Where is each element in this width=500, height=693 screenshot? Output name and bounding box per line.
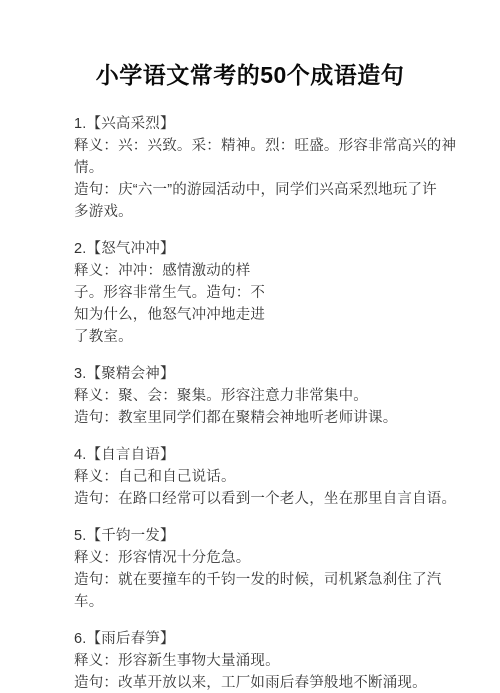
idiom-text-line: 知为什么，他怒气冲冲地走进: [74, 304, 460, 326]
idiom-text-line: 释义：兴：兴致。采：精神。烈：旺盛。形容非常高兴的神: [74, 135, 460, 157]
idiom-text-line: 释义：聚、会：聚集。形容注意力非常集中。: [74, 385, 460, 407]
idiom-text-line: 释义：形容新生事物大量涌现。: [74, 650, 460, 672]
idiom-section-5: 5.【千钧一发】 释义：形容情况十分危急。 造句：就在要撞车的千钧一发的时候，司…: [74, 525, 460, 613]
idiom-section-2: 2.【怒气冲冲】 释义：冲冲：感情激动的样 子。形容非常生气。造句：不 知为什么…: [74, 238, 460, 348]
idiom-text-line: 情。: [74, 157, 460, 179]
idiom-text-line: 了教室。: [74, 326, 460, 348]
idiom-text-line: 车。: [74, 591, 460, 613]
idiom-heading: 5.【千钧一发】: [74, 525, 460, 547]
document-body: 1.【兴高采烈】 释义：兴：兴致。采：精神。烈：旺盛。形容非常高兴的神 情。 造…: [0, 92, 500, 693]
idiom-heading: 3.【聚精会神】: [74, 363, 460, 385]
idiom-section-4: 4.【自言自语】 释义：自己和自己说话。 造句：在路口经常可以看到一个老人，坐在…: [74, 444, 460, 510]
document-page: 小学语文常考的50个成语造句 1.【兴高采烈】 释义：兴：兴致。采：精神。烈：旺…: [0, 0, 500, 693]
idiom-heading: 2.【怒气冲冲】: [74, 238, 460, 260]
idiom-heading: 1.【兴高采烈】: [74, 113, 460, 135]
idiom-section-1: 1.【兴高采烈】 释义：兴：兴致。采：精神。烈：旺盛。形容非常高兴的神 情。 造…: [74, 113, 460, 223]
idiom-text-line: 多游戏。: [74, 201, 460, 223]
page-title: 小学语文常考的50个成语造句: [0, 0, 500, 92]
idiom-text-line: 造句：庆“六一”的游园活动中，同学们兴高采烈地玩了许: [74, 179, 460, 201]
idiom-text-line: 造句：就在要撞车的千钧一发的时候，司机紧急刹住了汽: [74, 569, 460, 591]
idiom-text-line: 释义：冲冲：感情激动的样: [74, 260, 460, 282]
idiom-section-3: 3.【聚精会神】 释义：聚、会：聚集。形容注意力非常集中。 造句：教室里同学们都…: [74, 363, 460, 429]
idiom-heading: 4.【自言自语】: [74, 444, 460, 466]
idiom-text-line: 造句：改革开放以来，工厂如雨后春笋般地不断涌现。: [74, 672, 460, 693]
idiom-text-line: 造句：在路口经常可以看到一个老人，坐在那里自言自语。: [74, 488, 460, 510]
idiom-text-line: 造句：教室里同学们都在聚精会神地听老师讲课。: [74, 407, 460, 429]
idiom-section-6: 6.【雨后春笋】 释义：形容新生事物大量涌现。 造句：改革开放以来，工厂如雨后春…: [74, 628, 460, 693]
idiom-text-line: 子。形容非常生气。造句：不: [74, 282, 460, 304]
idiom-text-line: 释义：形容情况十分危急。: [74, 547, 460, 569]
idiom-heading: 6.【雨后春笋】: [74, 628, 460, 650]
idiom-text-line: 释义：自己和自己说话。: [74, 466, 460, 488]
